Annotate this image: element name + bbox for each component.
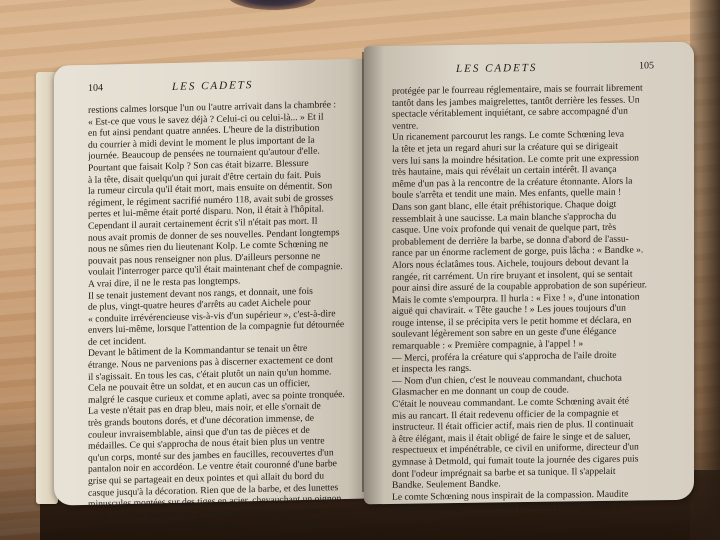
table-shadow-right	[690, 0, 720, 540]
running-head: LES CADETS	[456, 62, 537, 75]
running-head: LES CADETS	[172, 79, 253, 93]
left-page: 104 LES CADETS restions calmes lorsque l…	[54, 58, 374, 505]
page-text: restions calmes lorsque l'un ou l'autre …	[88, 99, 350, 534]
right-page: LES CADETS 105 protégée par le fourreau …	[364, 42, 694, 505]
page-text: protégée par le fourreau réglementaire, …	[392, 82, 664, 515]
page-number: 105	[639, 60, 654, 71]
page-number: 104	[88, 83, 103, 94]
